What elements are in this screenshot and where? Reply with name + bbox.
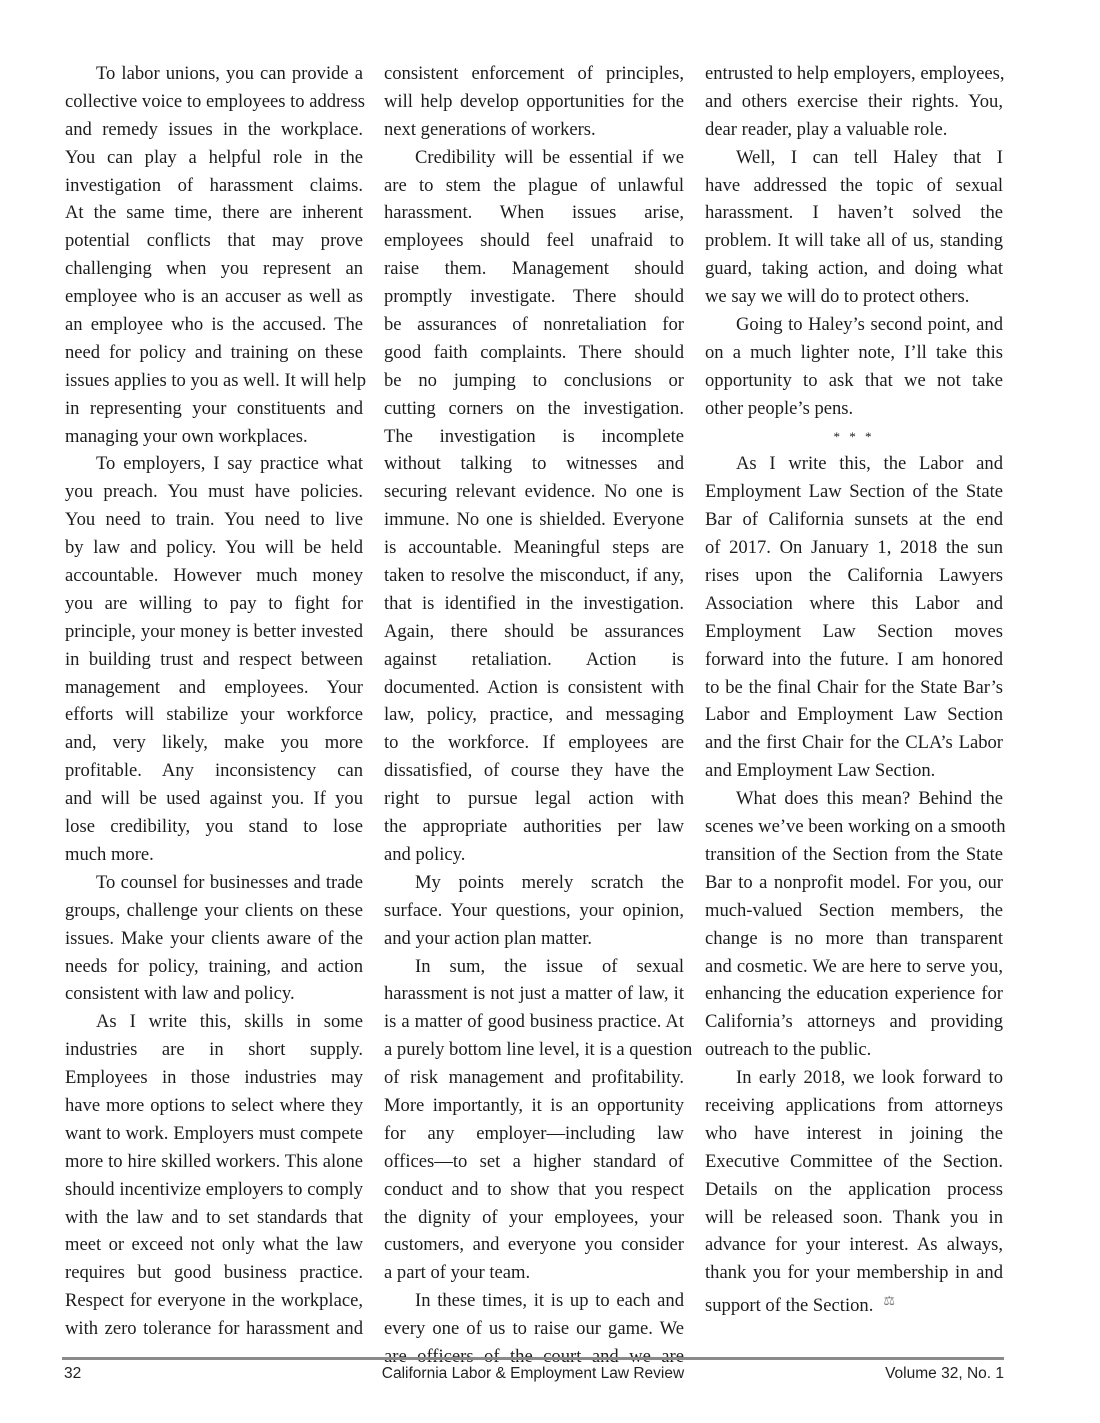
text-line: next generations of workers.	[384, 116, 684, 144]
text-line: by law and policy. You will be held	[65, 534, 363, 562]
text-line: groups, challenge your clients on these	[65, 897, 363, 925]
text-line: More importantly, it is an opportunity	[384, 1092, 684, 1120]
text-line: immune. No one is shielded. Everyone	[384, 506, 684, 534]
text-line: who have interest in joining the	[705, 1120, 1003, 1148]
footer-rule	[62, 1357, 1004, 1360]
text-line: raise them. Management should	[384, 255, 684, 283]
text-line: To counsel for businesses and trade	[65, 869, 363, 897]
text-line: have more options to select where they	[65, 1092, 363, 1120]
text-line: In sum, the issue of sexual	[384, 953, 684, 981]
text-line: Going to Haley’s second point, and	[705, 311, 1003, 339]
text-line: lose credibility, you stand to lose	[65, 813, 363, 841]
text-line: is a matter of good business practice. A…	[384, 1008, 684, 1036]
page-footer: 32 California Labor & Employment Law Rev…	[62, 1365, 1004, 1385]
text-line: and your action plan matter.	[384, 925, 684, 953]
text-line: you preach. You must have policies.	[65, 478, 363, 506]
text-line: and, very likely, make you more	[65, 729, 363, 757]
text-line: enhancing the education experience for	[705, 980, 1003, 1008]
text-line: profitable. Any inconsistency can	[65, 757, 363, 785]
text-line: guard, taking action, and doing what	[705, 255, 1003, 283]
text-line: and the first Chair for the CLA’s Labor	[705, 729, 1003, 757]
text-line: Credibility will be essential if we	[384, 144, 684, 172]
text-line: entrusted to help employers, employees,	[705, 60, 1003, 88]
text-line: and others exercise their rights. You,	[705, 88, 1003, 116]
text-line: As I write this, skills in some	[65, 1008, 363, 1036]
text-line: advance for your interest. As always,	[705, 1231, 1003, 1259]
text-line: Well, I can tell Haley that I	[705, 144, 1003, 172]
text-line: will help develop opportunities for the	[384, 88, 684, 116]
text-line: forward into the future. I am honored	[705, 646, 1003, 674]
text-line: As I write this, the Labor and	[705, 450, 1003, 478]
text-line: promptly investigate. There should	[384, 283, 684, 311]
text-line: and remedy issues in the workplace.	[65, 116, 363, 144]
text-line: Bar of California sunsets at the end	[705, 506, 1003, 534]
text-line: principle, your money is better invested	[65, 618, 363, 646]
text-line: you are willing to pay to fight for	[65, 590, 363, 618]
section-divider: * * *	[705, 423, 1003, 451]
text-line: good faith complaints. There should	[384, 339, 684, 367]
text-line: You need to train. You need to live	[65, 506, 363, 534]
text-line: to the workforce. If employees are	[384, 729, 684, 757]
text-line: and cosmetic. We are here to serve you,	[705, 953, 1003, 981]
text-line: consistent enforcement of principles,	[384, 60, 684, 88]
text-line: surface. Your questions, your opinion,	[384, 897, 684, 925]
text-line: and Employment Law Section.	[705, 757, 1003, 785]
text-line: customers, and everyone you consider	[384, 1231, 684, 1259]
text-line: much-valued Section members, the	[705, 897, 1003, 925]
text-line: problem. It will take all of us, standin…	[705, 227, 1003, 255]
text-line: should incentivize employers to comply	[65, 1176, 363, 1204]
text-line: for any employer—including law	[384, 1120, 684, 1148]
text-line: an employee who is the accused. The	[65, 311, 363, 339]
text-line: Details on the application process	[705, 1176, 1003, 1204]
text-line: rises upon the California Lawyers	[705, 562, 1003, 590]
issue-label: Volume 32, No. 1	[885, 1365, 1004, 1383]
text-line: want to work. Employers must compete	[65, 1120, 363, 1148]
text-line: Labor and Employment Law Section	[705, 701, 1003, 729]
text-line: Again, there should be assurances	[384, 618, 684, 646]
text-line: To employers, I say practice what	[65, 450, 363, 478]
text-line: dear reader, play a valuable role.	[705, 116, 1003, 144]
text-line: the dignity of your employees, your	[384, 1204, 684, 1232]
text-column-3: entrusted to help employers, employees,a…	[705, 60, 1003, 1315]
text-line: Executive Committee of the Section.	[705, 1148, 1003, 1176]
text-line: that is identified in the investigation.	[384, 590, 684, 618]
text-line: Association where this Labor and	[705, 590, 1003, 618]
text-line: of 2017. On January 1, 2018 the sun	[705, 534, 1003, 562]
text-line: cutting corners on the investigation.	[384, 395, 684, 423]
text-line: requires but good business practice.	[65, 1259, 363, 1287]
text-line: harassment. I haven’t solved the	[705, 199, 1003, 227]
text-line: with the law and to set standards that	[65, 1204, 363, 1232]
text-line: issues applies to you as well. It will h…	[65, 367, 363, 395]
text-line: You can play a helpful role in the	[65, 144, 363, 172]
text-line: managing your own workplaces.	[65, 423, 363, 451]
text-line: outreach to the public.	[705, 1036, 1003, 1064]
text-line: other people’s pens.	[705, 395, 1003, 423]
text-line: Respect for everyone in the workplace,	[65, 1287, 363, 1315]
text-line: the appropriate authorities per law	[384, 813, 684, 841]
text-line: To labor unions, you can provide a	[65, 60, 363, 88]
text-line: transition of the Section from the State	[705, 841, 1003, 869]
text-line: are to stem the plague of unlawful	[384, 172, 684, 200]
text-line: collective voice to employees to address	[65, 88, 363, 116]
text-line: offices—to set a higher standard of	[384, 1148, 684, 1176]
text-line: of risk management and profitability.	[384, 1064, 684, 1092]
text-line: employee who is an accuser as well as	[65, 283, 363, 311]
text-line: Employment Law Section of the State	[705, 478, 1003, 506]
text-line: potential conflicts that may prove	[65, 227, 363, 255]
text-line: every one of us to raise our game. We	[384, 1315, 684, 1343]
text-line: with zero tolerance for harassment and	[65, 1315, 363, 1343]
text-line: a part of your team.	[384, 1259, 684, 1287]
text-line: receiving applications from attorneys	[705, 1092, 1003, 1120]
text-line: need for policy and training on these	[65, 339, 363, 367]
text-line: California’s attorneys and providing	[705, 1008, 1003, 1036]
text-line: dissatisfied, of course they have the	[384, 757, 684, 785]
text-column-1: To labor unions, you can provide acollec…	[65, 60, 363, 1343]
text-line: right to pursue legal action with	[384, 785, 684, 813]
text-line: on a much lighter note, I’ll take this	[705, 339, 1003, 367]
text-line: management and employees. Your	[65, 674, 363, 702]
text-line: have addressed the topic of sexual	[705, 172, 1003, 200]
text-line: employees should feel unafraid to	[384, 227, 684, 255]
text-line: consistent with law and policy.	[65, 980, 363, 1008]
scales-of-justice-icon: ⚖	[883, 1293, 895, 1308]
text-line: In early 2018, we look forward to	[705, 1064, 1003, 1092]
text-line: documented. Action is consistent with	[384, 674, 684, 702]
text-line: thank you for your membership in and	[705, 1259, 1003, 1287]
text-line: change is no more than transparent	[705, 925, 1003, 953]
text-line: efforts will stabilize your workforce	[65, 701, 363, 729]
publication-title: California Labor & Employment Law Review	[62, 1365, 1004, 1383]
text-line: support of the Section.⚖	[705, 1287, 1003, 1315]
text-line: industries are in short supply.	[65, 1036, 363, 1064]
document-page: To labor unions, you can provide acollec…	[0, 0, 1100, 1423]
text-line: without talking to witnesses and	[384, 450, 684, 478]
text-line: opportunity to ask that we not take	[705, 367, 1003, 395]
text-line: in representing your constituents and	[65, 395, 363, 423]
text-line: to be the final Chair for the State Bar’…	[705, 674, 1003, 702]
text-line: At the same time, there are inherent	[65, 199, 363, 227]
text-line: be no jumping to conclusions or	[384, 367, 684, 395]
text-line: be assurances of nonretaliation for	[384, 311, 684, 339]
text-line: issues. Make your clients aware of the	[65, 925, 363, 953]
text-line: will be released soon. Thank you in	[705, 1204, 1003, 1232]
text-line: we say we will do to protect others.	[705, 283, 1003, 311]
text-line: harassment. When issues arise,	[384, 199, 684, 227]
text-line: harassment is not just a matter of law, …	[384, 980, 684, 1008]
text-line: and policy.	[384, 841, 684, 869]
text-line: a purely bottom line level, it is a ques…	[384, 1036, 684, 1064]
text-line: and will be used against you. If you	[65, 785, 363, 813]
text-line: Employment Law Section moves	[705, 618, 1003, 646]
text-line: accountable. However much money	[65, 562, 363, 590]
text-line: more to hire skilled workers. This alone	[65, 1148, 363, 1176]
text-line: My points merely scratch the	[384, 869, 684, 897]
text-line: conduct and to show that you respect	[384, 1176, 684, 1204]
text-line: What does this mean? Behind the	[705, 785, 1003, 813]
text-line: securing relevant evidence. No one is	[384, 478, 684, 506]
text-line: In these times, it is up to each and	[384, 1287, 684, 1315]
text-line: The investigation is incomplete	[384, 423, 684, 451]
text-line: much more.	[65, 841, 363, 869]
text-line: scenes we’ve been working on a smooth	[705, 813, 1003, 841]
text-column-2: consistent enforcement of principles,wil…	[384, 60, 684, 1371]
text-line: taken to resolve the misconduct, if any,	[384, 562, 684, 590]
text-line: Employees in those industries may	[65, 1064, 363, 1092]
text-line: needs for policy, training, and action	[65, 953, 363, 981]
text-line: challenging when you represent an	[65, 255, 363, 283]
text-line: law, policy, practice, and messaging	[384, 701, 684, 729]
text-line: Bar to a nonprofit model. For you, our	[705, 869, 1003, 897]
text-line: is accountable. Meaningful steps are	[384, 534, 684, 562]
text-line: meet or exceed not only what the law	[65, 1231, 363, 1259]
text-line: in building trust and respect between	[65, 646, 363, 674]
text-line: against retaliation. Action is	[384, 646, 684, 674]
text-line: investigation of harassment claims.	[65, 172, 363, 200]
